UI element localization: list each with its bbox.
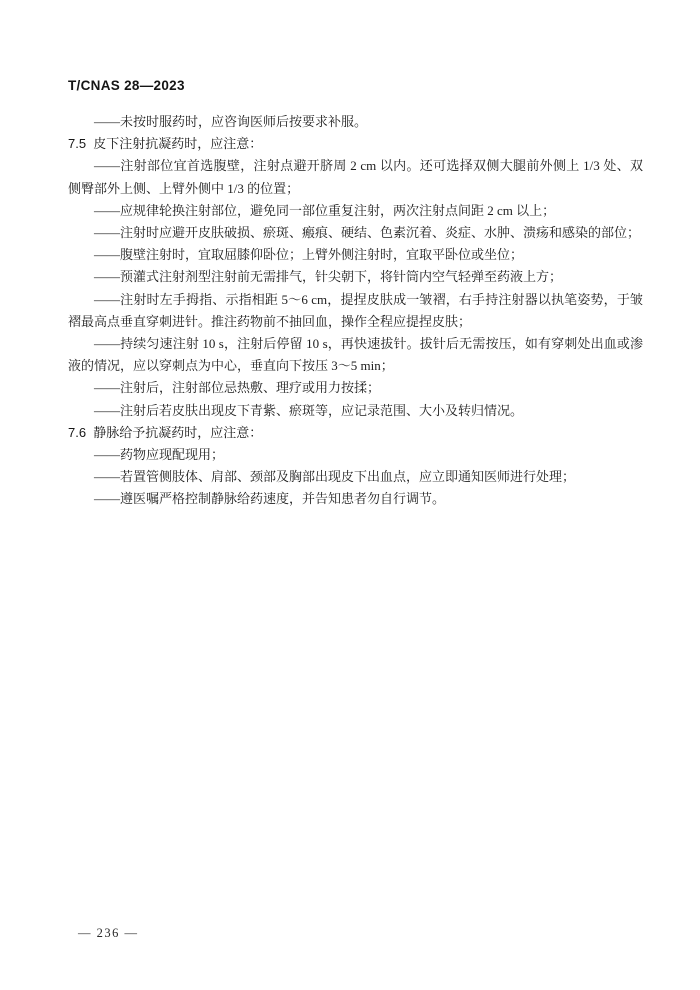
clause-number: 7.6 bbox=[68, 425, 86, 440]
standard-number: T/CNAS 28—2023 bbox=[68, 78, 185, 93]
document-footer: — 236 — bbox=[78, 926, 139, 941]
list-item: ——持续匀速注射 10 s，注射后停留 10 s，再快速拔针。拔针后无需按压，如… bbox=[68, 333, 643, 377]
list-item: ——遵医嘱严格控制静脉给药速度，并告知患者勿自行调节。 bbox=[68, 488, 643, 510]
list-item: ——应规律轮换注射部位，避免同一部位重复注射，两次注射点间距 2 cm 以上； bbox=[68, 200, 643, 222]
clause-heading-7-5: 7.5皮下注射抗凝药时，应注意： bbox=[68, 133, 643, 155]
document-header: T/CNAS 28—2023 bbox=[68, 78, 185, 93]
list-item: ——注射时左手拇指、示指相距 5～6 cm，提捏皮肤成一皱褶，右手持注射器以执笔… bbox=[68, 289, 643, 333]
page-number: — 236 — bbox=[78, 926, 139, 940]
document-body: ——未按时服药时，应咨询医师后按要求补服。 7.5皮下注射抗凝药时，应注意： —… bbox=[68, 111, 643, 511]
clause-title: 静脉给予抗凝药时，应注意： bbox=[93, 425, 262, 440]
list-item: ——注射后若皮肤出现皮下青紫、瘀斑等，应记录范围、大小及转归情况。 bbox=[68, 400, 643, 422]
clause-number: 7.5 bbox=[68, 136, 86, 151]
list-item: ——注射部位宜首选腹壁，注射点避开脐周 2 cm 以内。还可选择双侧大腿前外侧上… bbox=[68, 155, 643, 199]
list-item: ——注射后，注射部位忌热敷、理疗或用力按揉； bbox=[68, 377, 643, 399]
document-page: { "header": { "standard_number": "T/CNAS… bbox=[0, 0, 700, 990]
list-item: ——未按时服药时，应咨询医师后按要求补服。 bbox=[68, 111, 643, 133]
list-item: ——若置管侧肢体、肩部、颈部及胸部出现皮下出血点，应立即通知医师进行处理； bbox=[68, 466, 643, 488]
clause-heading-7-6: 7.6静脉给予抗凝药时，应注意： bbox=[68, 422, 643, 444]
list-item: ——药物应现配现用； bbox=[68, 444, 643, 466]
clause-title: 皮下注射抗凝药时，应注意： bbox=[93, 136, 262, 151]
list-item: ——预灌式注射剂型注射前无需排气，针尖朝下，将针筒内空气轻弹至药液上方； bbox=[68, 266, 643, 288]
list-item: ——注射时应避开皮肤破损、瘀斑、瘢痕、硬结、色素沉着、炎症、水肿、溃疡和感染的部… bbox=[68, 222, 643, 244]
list-item: ——腹壁注射时，宜取屈膝仰卧位；上臂外侧注射时，宜取平卧位或坐位； bbox=[68, 244, 643, 266]
